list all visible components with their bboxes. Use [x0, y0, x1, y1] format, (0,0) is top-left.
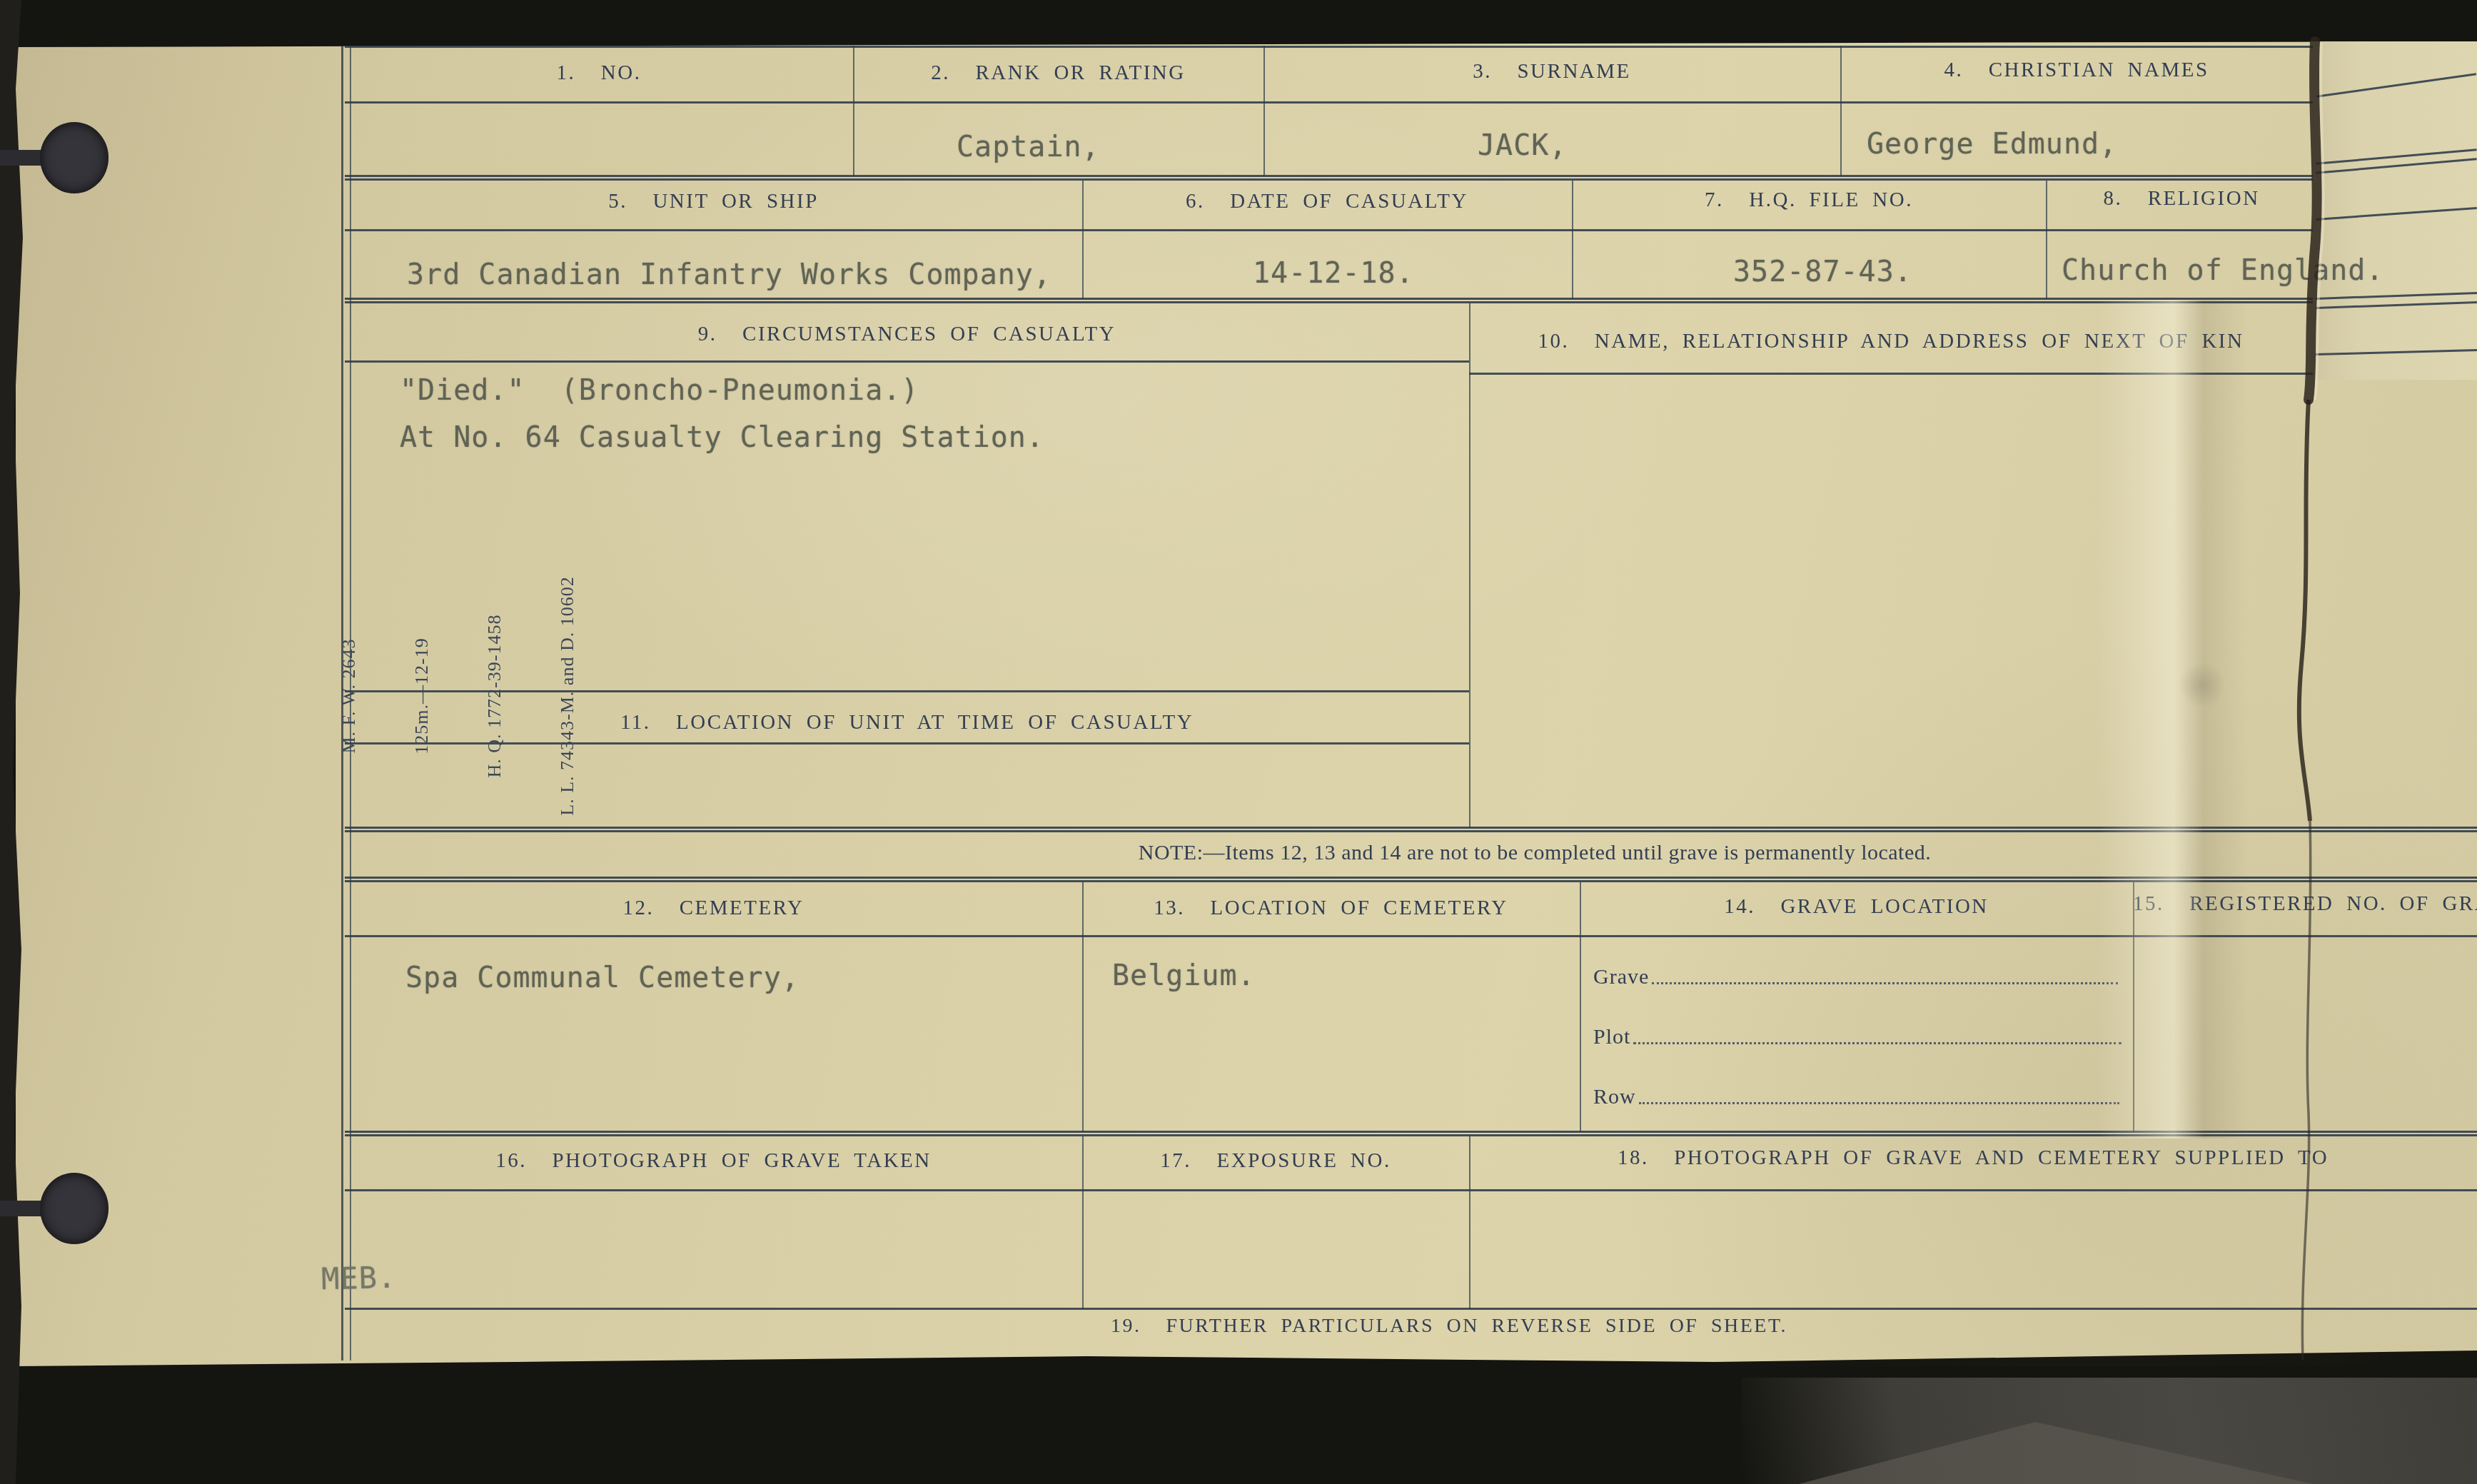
row12-header-rule [345, 935, 2477, 937]
divider-circumstances-kin [1469, 303, 1470, 828]
sec10-header-rule [1469, 373, 2313, 375]
punch-hole-bottom [40, 1173, 109, 1244]
grave-sublabel: Grave [1593, 965, 1649, 989]
sec9-header-rule [345, 360, 1469, 363]
note-line: NOTE:—Items 12, 13 and 14 are not to be … [1071, 841, 1999, 865]
field-label-hq-file-no: 7. H.Q. FILE NO. [1572, 188, 2046, 212]
form-top-rule [345, 46, 2313, 48]
ink-smudge [2177, 664, 2227, 707]
value-cemetery: Spa Communal Cemetery, [405, 961, 799, 994]
row12-bottom-rule [345, 1131, 2477, 1136]
row-dotted-line [1639, 1102, 2119, 1104]
value-surname: JACK, [1478, 129, 1567, 162]
value-date-of-casualty: 14-12-18. [1253, 257, 1414, 290]
plot-row: Plot [1593, 1025, 2122, 1049]
row1-bottom-rule [345, 175, 2313, 181]
scanned-casualty-record: { "card": { "margin_print": ["M. F. W. 2… [0, 0, 2477, 1484]
margin-line-4: L. L. 74343-M. and D. 10602 [555, 567, 580, 824]
field-label-christian-names: 4. CHRISTIAN NAMES [1840, 59, 2313, 82]
row2-header-rule [345, 229, 2313, 231]
field-label-photo-supplied: 18. PHOTOGRAPH OF GRAVE AND CEMETERY SUP… [1469, 1146, 2477, 1170]
margin-line-3: H. Q. 1772-39-1458 [483, 567, 507, 824]
value-hq-file-no: 352-87-43. [1733, 256, 1912, 288]
divider-location-grave [1580, 882, 1581, 1132]
field-label-cemetery-location: 13. LOCATION OF CEMETERY [1082, 897, 1580, 920]
margin-form-number: M. F. W. 2643 125m.—12-19 H. Q. 1772-39-… [288, 567, 385, 824]
value-rank: Captain, [957, 131, 1100, 163]
grave-row: Grave [1593, 965, 2118, 989]
value-cemetery-location: Belgium. [1112, 959, 1256, 992]
note-top-rule [345, 827, 2477, 832]
field-label-next-of-kin: 10. NAME, RELATIONSHIP AND ADDRESS OF NE… [1469, 330, 2313, 353]
field-label-date-of-casualty: 6. DATE OF CASUALTY [1082, 190, 1572, 213]
row1-header-rule [345, 101, 2313, 104]
plot-dotted-line [1633, 1042, 2122, 1044]
field-label-exposure-no: 17. EXPOSURE NO. [1082, 1149, 1469, 1173]
row-row: Row [1593, 1085, 2119, 1109]
value-unit: 3rd Canadian Infantry Works Company, [407, 258, 1051, 291]
checker-initials: MEB. [321, 1260, 396, 1297]
row16-header-rule [345, 1189, 2477, 1191]
footer-label: 19. FURTHER PARTICULARS ON REVERSE SIDE … [1014, 1315, 1885, 1338]
field-label-grave-location: 14. GRAVE LOCATION [1580, 895, 2133, 919]
value-circumstances-line1: "Died." (Broncho-Pneumonia.) [400, 374, 919, 407]
field-label-circumstances: 9. CIRCUMSTANCES OF CASUALTY [345, 323, 1469, 346]
field-label-cemetery: 12. CEMETERY [345, 897, 1082, 920]
plot-sublabel: Plot [1593, 1025, 1630, 1049]
value-circumstances-line2: At No. 64 Casualty Clearing Station. [400, 421, 1044, 454]
field-label-photo-taken: 16. PHOTOGRAPH OF GRAVE TAKEN [345, 1149, 1082, 1173]
field-label-surname: 3. SURNAME [1263, 60, 1840, 84]
field-label-unit: 5. UNIT OR SHIP [345, 190, 1082, 213]
field-label-no: 1. NO. [345, 61, 853, 85]
divider-grave-registered [2133, 882, 2134, 1132]
field-label-rank: 2. RANK OR RATING [853, 61, 1263, 85]
field-label-registered-no: 15. REGISTERED NO. OF GRAVE [2133, 892, 2477, 916]
grave-dotted-line [1652, 982, 2118, 984]
footer-top-rule [345, 1308, 2477, 1310]
row2-bottom-rule [345, 298, 2313, 303]
value-religion: Church of England. [2062, 254, 2383, 287]
note-bottom-rule [345, 877, 2477, 882]
margin-line-2: 125m.—12-19 [410, 567, 434, 824]
margin-line-1: M. F. W. 2643 [337, 567, 361, 824]
field-label-religion: 8. RELIGION [2046, 187, 2317, 211]
row-sublabel: Row [1593, 1085, 1636, 1109]
punch-hole-top [40, 122, 109, 193]
value-christian-names: George Edmund, [1867, 128, 2117, 161]
